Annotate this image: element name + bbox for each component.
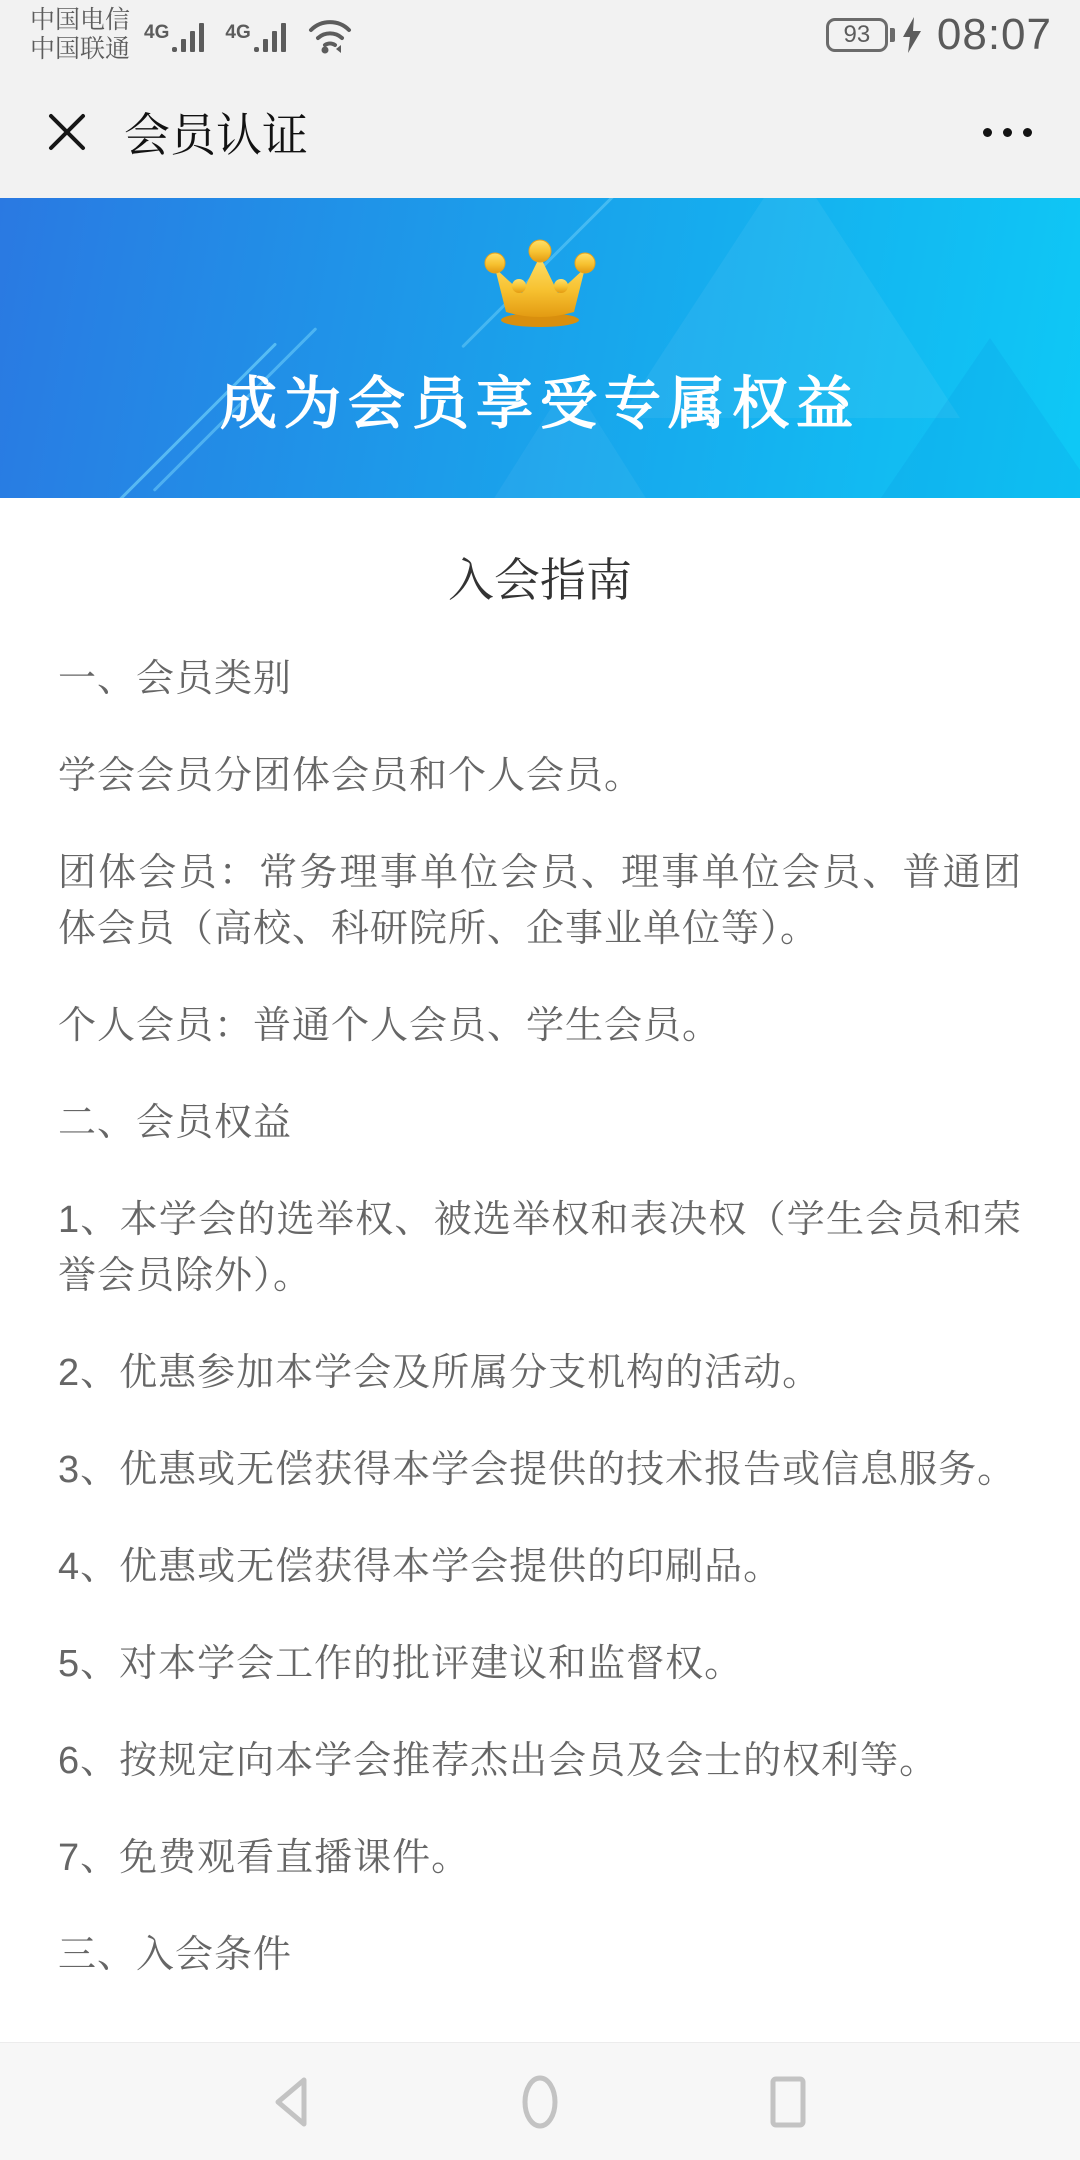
status-left: 中国电信 中国联通 4G 4G [30,6,353,64]
guide-content: 入会指南 一、会员类别 学会会员分团体会员和个人会员。 团体会员：常务理事单位会… [0,498,1080,2042]
carrier-secondary: 中国联通 [30,35,130,64]
nav-recents-button[interactable] [758,2072,818,2132]
page-title: 会员认证 [124,99,308,165]
network-type-badge: 4G [225,22,250,44]
battery-level: 93 [844,21,871,49]
membership-banner: 成为会员享受专属权益 [0,198,1080,498]
recents-icon [764,2074,812,2130]
guide-paragraph: 1、本学会的选举权、被选举权和表决权（学生会员和荣誉会员除外）。 [58,1192,1022,1304]
nav-back-button[interactable] [262,2072,322,2132]
guide-paragraph: 5、对本学会工作的批评建议和监督权。 [58,1636,1022,1692]
close-icon [46,111,88,153]
guide-paragraph: 学会会员分团体会员和个人会员。 [58,748,1022,804]
crown-icon [475,238,605,330]
guide-paragraph: 2、优惠参加本学会及所属分支机构的活动。 [58,1345,1022,1401]
signal-group: 4G 4G [144,16,353,54]
guide-title: 入会指南 [58,544,1022,610]
banner-headline: 成为会员享受专属权益 [220,358,860,440]
home-icon [516,2074,564,2130]
guide-paragraph: 6、按规定向本学会推荐杰出会员及会士的权利等。 [58,1733,1022,1789]
status-bar: 中国电信 中国联通 4G 4G [0,0,1080,66]
guide-paragraph: 一、会员类别 [58,651,1022,707]
guide-paragraph: 3、优惠或无偿获得本学会提供的技术报告或信息服务。 [58,1442,1022,1498]
more-menu-button[interactable] [979,118,1036,147]
cellular-signal-1: 4G [144,20,211,54]
wifi-icon [307,16,353,54]
guide-paragraph: 7、免费观看直播课件。 [58,1830,1022,1886]
battery-nub [890,28,895,42]
more-menu-icon [983,128,992,137]
signal-bars-icon [171,20,211,54]
title-bar: 会员认证 [0,66,1080,198]
more-menu-icon [1023,128,1032,137]
guide-paragraphs: 一、会员类别 学会会员分团体会员和个人会员。 团体会员：常务理事单位会员、理事单… [58,651,1022,1983]
close-button[interactable] [44,109,90,155]
android-nav-bar [0,2042,1080,2160]
status-right: 93 08:07 [826,10,1052,60]
battery-indicator: 93 [826,18,888,52]
guide-paragraph: 个人会员：普通个人会员、学生会员。 [58,998,1022,1054]
cellular-signal-2: 4G [225,20,292,54]
network-type-badge: 4G [144,22,169,44]
nav-home-button[interactable] [510,2072,570,2132]
signal-bars-icon [253,20,293,54]
clock-text: 08:07 [937,10,1052,60]
charging-icon [899,15,925,55]
guide-paragraph: 团体会员：常务理事单位会员、理事单位会员、普通团体会员（高校、科研院所、企事业单… [58,845,1022,957]
carrier-labels: 中国电信 中国联通 [30,6,130,64]
more-menu-icon [1003,128,1012,137]
guide-paragraph: 三、入会条件 [58,1927,1022,1983]
carrier-primary: 中国电信 [30,6,130,35]
back-icon [268,2074,316,2130]
banner-decor-triangle [840,338,1080,498]
guide-paragraph: 二、会员权益 [58,1095,1022,1151]
guide-paragraph: 4、优惠或无偿获得本学会提供的印刷品。 [58,1539,1022,1595]
